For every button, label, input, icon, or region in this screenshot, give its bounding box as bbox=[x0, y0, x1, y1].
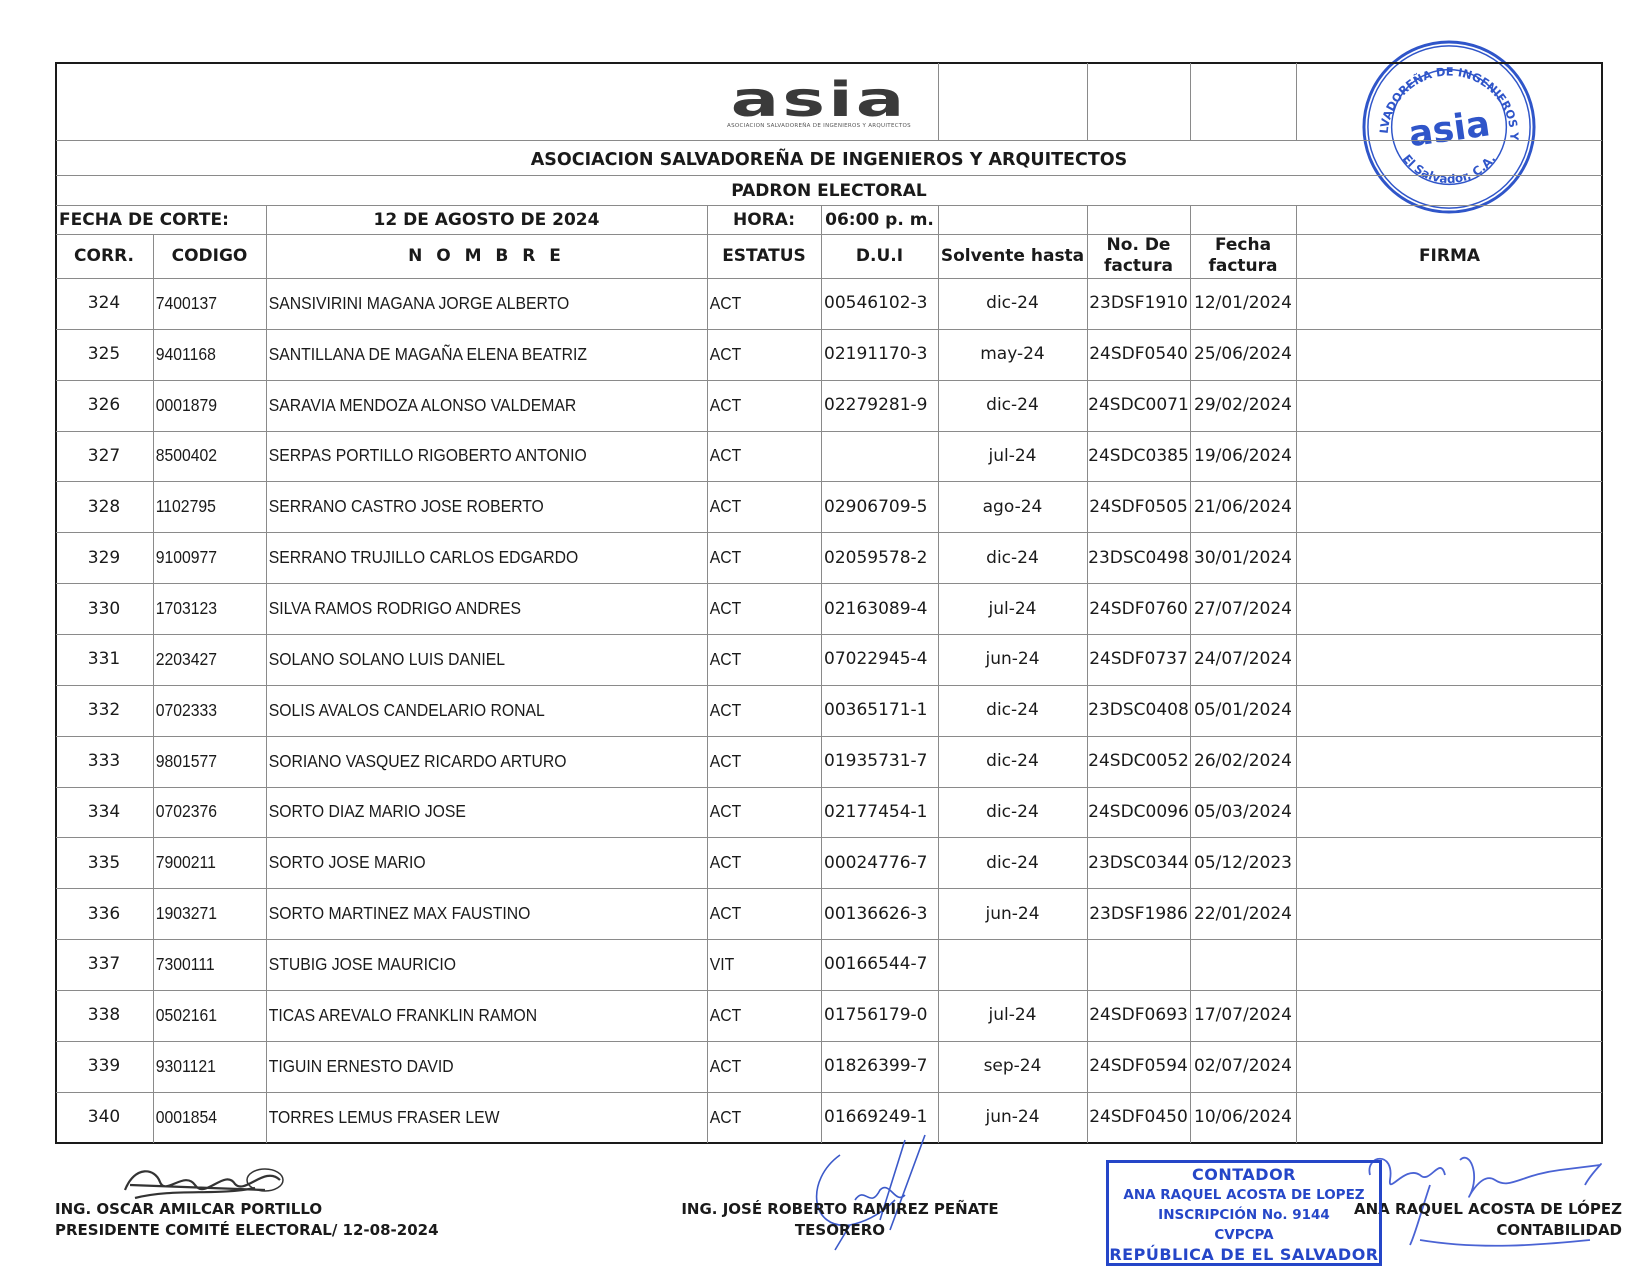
cell-nombre: SARAVIA MENDOZA ALONSO VALDEMAR bbox=[266, 380, 666, 431]
cell-corr: 335 bbox=[55, 837, 153, 888]
cell-dui: 00024776-7 bbox=[821, 837, 941, 888]
signature-cell[interactable] bbox=[1296, 532, 1603, 583]
cell-estatus: VIT bbox=[707, 939, 812, 990]
time-label: HORA: bbox=[707, 206, 821, 234]
column-divider bbox=[1190, 63, 1191, 140]
cell-estatus: ACT bbox=[707, 1092, 812, 1143]
column-header: CODIGO bbox=[153, 234, 266, 278]
cell-dui: 00166544-7 bbox=[821, 939, 941, 990]
cell-nombre: SORTO JOSE MARIO bbox=[266, 837, 666, 888]
signature-cell[interactable] bbox=[1296, 329, 1603, 380]
cell-estatus: ACT bbox=[707, 583, 812, 634]
cell-dui bbox=[821, 431, 941, 482]
cell-fecha: 19/06/2024 bbox=[1190, 431, 1296, 482]
cell-factura: 23DSF1986 bbox=[1087, 888, 1190, 939]
column-header: No. De factura bbox=[1087, 234, 1190, 278]
cell-estatus: ACT bbox=[707, 431, 812, 482]
cell-dui: 00136626-3 bbox=[821, 888, 941, 939]
signature-cell[interactable] bbox=[1296, 278, 1603, 329]
stamp-line: ANA RAQUEL ACOSTA DE LOPEZ bbox=[1109, 1185, 1379, 1205]
cell-factura: 24SDC0071 bbox=[1087, 380, 1190, 431]
cell-corr: 340 bbox=[55, 1092, 153, 1143]
cell-fecha: 10/06/2024 bbox=[1190, 1092, 1296, 1143]
cell-dui: 02906709-5 bbox=[821, 481, 941, 532]
cell-corr: 326 bbox=[55, 380, 153, 431]
cell-fecha: 05/03/2024 bbox=[1190, 787, 1296, 838]
cell-codigo: 0702333 bbox=[153, 685, 257, 736]
cell-codigo: 0702376 bbox=[153, 787, 257, 838]
cell-factura: 24SDF0450 bbox=[1087, 1092, 1190, 1143]
cell-nombre: SOLIS AVALOS CANDELARIO RONAL bbox=[266, 685, 666, 736]
signature-cell[interactable] bbox=[1296, 431, 1603, 482]
column-header: D.U.I bbox=[821, 234, 938, 278]
cell-dui: 00546102-3 bbox=[821, 278, 941, 329]
cell-factura: 24SDC0096 bbox=[1087, 787, 1190, 838]
cell-nombre: SERPAS PORTILLO RIGOBERTO ANTONIO bbox=[266, 431, 666, 482]
signature-cell[interactable] bbox=[1296, 1041, 1603, 1092]
cell-estatus: ACT bbox=[707, 990, 812, 1041]
cell-estatus: ACT bbox=[707, 380, 812, 431]
cell-codigo: 0502161 bbox=[153, 990, 257, 1041]
column-divider bbox=[938, 205, 939, 234]
signature-cell[interactable] bbox=[1296, 634, 1603, 685]
cell-corr: 338 bbox=[55, 990, 153, 1041]
cell-solvente: jun-24 bbox=[938, 1092, 1087, 1143]
signature-cell[interactable] bbox=[1296, 685, 1603, 736]
cell-corr: 331 bbox=[55, 634, 153, 685]
cell-codigo: 1703123 bbox=[153, 583, 257, 634]
cell-codigo: 0001879 bbox=[153, 380, 257, 431]
signatory-name: ING. OSCAR AMILCAR PORTILLO bbox=[55, 1199, 439, 1220]
cell-fecha: 26/02/2024 bbox=[1190, 736, 1296, 787]
cell-factura: 24SDF0737 bbox=[1087, 634, 1190, 685]
signatory-role: TESORERO bbox=[680, 1220, 1000, 1241]
signature-cell[interactable] bbox=[1296, 1092, 1603, 1143]
cell-solvente: dic-24 bbox=[938, 837, 1087, 888]
cell-factura: 24SDF0540 bbox=[1087, 329, 1190, 380]
cell-dui: 02163089-4 bbox=[821, 583, 941, 634]
cell-solvente: sep-24 bbox=[938, 1041, 1087, 1092]
cell-corr: 329 bbox=[55, 532, 153, 583]
cell-nombre: SANSIVIRINI MAGANA JORGE ALBERTO bbox=[266, 278, 666, 329]
cell-solvente: jun-24 bbox=[938, 888, 1087, 939]
cell-fecha bbox=[1190, 939, 1296, 990]
signatory-treasurer: ING. JOSÉ ROBERTO RAMIREZ PEÑATE TESORER… bbox=[680, 1199, 1000, 1241]
cell-nombre: TORRES LEMUS FRASER LEW bbox=[266, 1092, 666, 1143]
cell-codigo: 1102795 bbox=[153, 481, 257, 532]
cell-fecha: 21/06/2024 bbox=[1190, 481, 1296, 532]
signatory-president: ING. OSCAR AMILCAR PORTILLO PRESIDENTE C… bbox=[55, 1199, 439, 1241]
cell-corr: 334 bbox=[55, 787, 153, 838]
cell-nombre: TIGUIN ERNESTO DAVID bbox=[266, 1041, 666, 1092]
cell-factura: 24SDF0505 bbox=[1087, 481, 1190, 532]
time-value: 06:00 p. m. bbox=[821, 206, 938, 234]
cell-estatus: ACT bbox=[707, 532, 812, 583]
cell-solvente: dic-24 bbox=[938, 736, 1087, 787]
cell-fecha: 30/01/2024 bbox=[1190, 532, 1296, 583]
cell-factura bbox=[1087, 939, 1190, 990]
cell-factura: 24SDC0385 bbox=[1087, 431, 1190, 482]
cell-nombre: SILVA RAMOS RODRIGO ANDRES bbox=[266, 583, 666, 634]
signature-cell[interactable] bbox=[1296, 583, 1603, 634]
cell-codigo: 1903271 bbox=[153, 888, 257, 939]
cell-estatus: ACT bbox=[707, 888, 812, 939]
accountant-stamp: CONTADOR ANA RAQUEL ACOSTA DE LOPEZ INSC… bbox=[1106, 1160, 1382, 1266]
column-divider bbox=[1296, 63, 1297, 140]
cell-nombre: SORTO MARTINEZ MAX FAUSTINO bbox=[266, 888, 666, 939]
cell-solvente: jul-24 bbox=[938, 990, 1087, 1041]
cell-corr: 337 bbox=[55, 939, 153, 990]
cell-codigo: 9100977 bbox=[153, 532, 257, 583]
cell-solvente: dic-24 bbox=[938, 380, 1087, 431]
cell-solvente: jul-24 bbox=[938, 431, 1087, 482]
cell-dui: 00365171-1 bbox=[821, 685, 941, 736]
stamp-line: CONTADOR bbox=[1109, 1165, 1379, 1185]
signature-cell[interactable] bbox=[1296, 787, 1603, 838]
cell-corr: 336 bbox=[55, 888, 153, 939]
cell-solvente: dic-24 bbox=[938, 685, 1087, 736]
column-header: FIRMA bbox=[1296, 234, 1603, 278]
column-header: Solvente hasta bbox=[938, 234, 1087, 278]
cell-solvente bbox=[938, 939, 1087, 990]
cell-solvente: may-24 bbox=[938, 329, 1087, 380]
cell-corr: 328 bbox=[55, 481, 153, 532]
cell-codigo: 9301121 bbox=[153, 1041, 257, 1092]
cell-dui: 01669249-1 bbox=[821, 1092, 941, 1143]
cell-nombre: SANTILLANA DE MAGAÑA ELENA BEATRIZ bbox=[266, 329, 666, 380]
cell-nombre: TICAS AREVALO FRANKLIN RAMON bbox=[266, 990, 666, 1041]
cell-estatus: ACT bbox=[707, 481, 812, 532]
cell-solvente: jun-24 bbox=[938, 634, 1087, 685]
cell-fecha: 05/01/2024 bbox=[1190, 685, 1296, 736]
signature-cell[interactable] bbox=[1296, 837, 1603, 888]
cell-estatus: ACT bbox=[707, 278, 812, 329]
cell-fecha: 25/06/2024 bbox=[1190, 329, 1296, 380]
cell-fecha: 24/07/2024 bbox=[1190, 634, 1296, 685]
cell-dui: 01756179-0 bbox=[821, 990, 941, 1041]
cell-estatus: ACT bbox=[707, 787, 812, 838]
cell-codigo: 7900211 bbox=[153, 837, 257, 888]
cell-dui: 01935731-7 bbox=[821, 736, 941, 787]
cell-nombre: SERRANO TRUJILLO CARLOS EDGARDO bbox=[266, 532, 666, 583]
cell-nombre: SERRANO CASTRO JOSE ROBERTO bbox=[266, 481, 666, 532]
cell-codigo: 0001854 bbox=[153, 1092, 257, 1143]
cell-codigo: 9401168 bbox=[153, 329, 257, 380]
column-header: ESTATUS bbox=[707, 234, 821, 278]
cell-solvente: ago-24 bbox=[938, 481, 1087, 532]
signature-cell[interactable] bbox=[1296, 888, 1603, 939]
cell-dui: 07022945-4 bbox=[821, 634, 941, 685]
column-header: CORR. bbox=[55, 234, 153, 278]
signature-cell[interactable] bbox=[1296, 939, 1603, 990]
cell-dui: 02191170-3 bbox=[821, 329, 941, 380]
signatory-name: ING. JOSÉ ROBERTO RAMIREZ PEÑATE bbox=[680, 1199, 1000, 1220]
column-header: Fecha factura bbox=[1190, 234, 1296, 278]
cell-corr: 324 bbox=[55, 278, 153, 329]
cell-corr: 330 bbox=[55, 583, 153, 634]
column-divider bbox=[1190, 205, 1191, 234]
cell-estatus: ACT bbox=[707, 837, 812, 888]
cell-corr: 333 bbox=[55, 736, 153, 787]
cell-codigo: 9801577 bbox=[153, 736, 257, 787]
cell-corr: 325 bbox=[55, 329, 153, 380]
cell-codigo: 7400137 bbox=[153, 278, 257, 329]
column-divider bbox=[1296, 205, 1297, 234]
cell-fecha: 17/07/2024 bbox=[1190, 990, 1296, 1041]
cell-factura: 24SDF0760 bbox=[1087, 583, 1190, 634]
cell-factura: 23DSC0498 bbox=[1087, 532, 1190, 583]
cutoff-date-value: 12 DE AGOSTO DE 2024 bbox=[266, 206, 707, 234]
cell-estatus: ACT bbox=[707, 1041, 812, 1092]
signatory-role: PRESIDENTE COMITÉ ELECTORAL/ 12-08-2024 bbox=[55, 1220, 439, 1241]
signature-cell[interactable] bbox=[1296, 380, 1603, 431]
cell-dui: 02279281-9 bbox=[821, 380, 941, 431]
cell-solvente: dic-24 bbox=[938, 532, 1087, 583]
cell-fecha: 29/02/2024 bbox=[1190, 380, 1296, 431]
column-divider bbox=[1087, 205, 1088, 234]
column-header: N O M B R E bbox=[266, 234, 707, 278]
cell-factura: 23DSC0408 bbox=[1087, 685, 1190, 736]
stamp-line: CVPCPA bbox=[1109, 1225, 1379, 1245]
cell-factura: 23DSF1910 bbox=[1087, 278, 1190, 329]
stamp-line: INSCRIPCIÓN No. 9144 bbox=[1109, 1205, 1379, 1225]
cell-corr: 327 bbox=[55, 431, 153, 482]
stamp-line: REPÚBLICA DE EL SALVADOR bbox=[1109, 1245, 1379, 1265]
cell-nombre: SORIANO VASQUEZ RICARDO ARTURO bbox=[266, 736, 666, 787]
cell-nombre: SOLANO SOLANO LUIS DANIEL bbox=[266, 634, 666, 685]
cell-estatus: ACT bbox=[707, 634, 812, 685]
cell-fecha: 05/12/2023 bbox=[1190, 837, 1296, 888]
cell-solvente: dic-24 bbox=[938, 787, 1087, 838]
cell-factura: 23DSC0344 bbox=[1087, 837, 1190, 888]
cell-corr: 339 bbox=[55, 1041, 153, 1092]
cell-dui: 01826399-7 bbox=[821, 1041, 941, 1092]
cell-fecha: 22/01/2024 bbox=[1190, 888, 1296, 939]
cell-factura: 24SDF0594 bbox=[1087, 1041, 1190, 1092]
signature-cell[interactable] bbox=[1296, 990, 1603, 1041]
column-divider bbox=[1087, 63, 1088, 140]
cell-estatus: ACT bbox=[707, 685, 812, 736]
cell-codigo: 8500402 bbox=[153, 431, 257, 482]
cell-codigo: 2203427 bbox=[153, 634, 257, 685]
cell-fecha: 27/07/2024 bbox=[1190, 583, 1296, 634]
cell-factura: 24SDC0052 bbox=[1087, 736, 1190, 787]
asia-logo: asia ASOCIACION SALVADOREÑA DE INGENIERO… bbox=[719, 80, 919, 130]
row-divider bbox=[56, 140, 1602, 141]
cell-dui: 02177454-1 bbox=[821, 787, 941, 838]
cell-nombre: SORTO DIAZ MARIO JOSE bbox=[266, 787, 666, 838]
cell-estatus: ACT bbox=[707, 736, 812, 787]
cell-factura: 24SDF0693 bbox=[1087, 990, 1190, 1041]
cell-solvente: jul-24 bbox=[938, 583, 1087, 634]
cell-fecha: 02/07/2024 bbox=[1190, 1041, 1296, 1092]
cell-estatus: ACT bbox=[707, 329, 812, 380]
cell-corr: 332 bbox=[55, 685, 153, 736]
cell-fecha: 12/01/2024 bbox=[1190, 278, 1296, 329]
cell-nombre: STUBIG JOSE MAURICIO bbox=[266, 939, 666, 990]
organization-title: ASOCIACION SALVADOREÑA DE INGENIEROS Y A… bbox=[55, 145, 1603, 175]
cell-solvente: dic-24 bbox=[938, 278, 1087, 329]
signature-cell[interactable] bbox=[1296, 481, 1603, 532]
document-title: PADRON ELECTORAL bbox=[55, 176, 1603, 205]
cell-dui: 02059578-2 bbox=[821, 532, 941, 583]
logo-wordmark: asia bbox=[669, 80, 969, 120]
cutoff-date-label: FECHA DE CORTE: bbox=[56, 206, 269, 234]
signature-cell[interactable] bbox=[1296, 736, 1603, 787]
cell-codigo: 7300111 bbox=[153, 939, 257, 990]
